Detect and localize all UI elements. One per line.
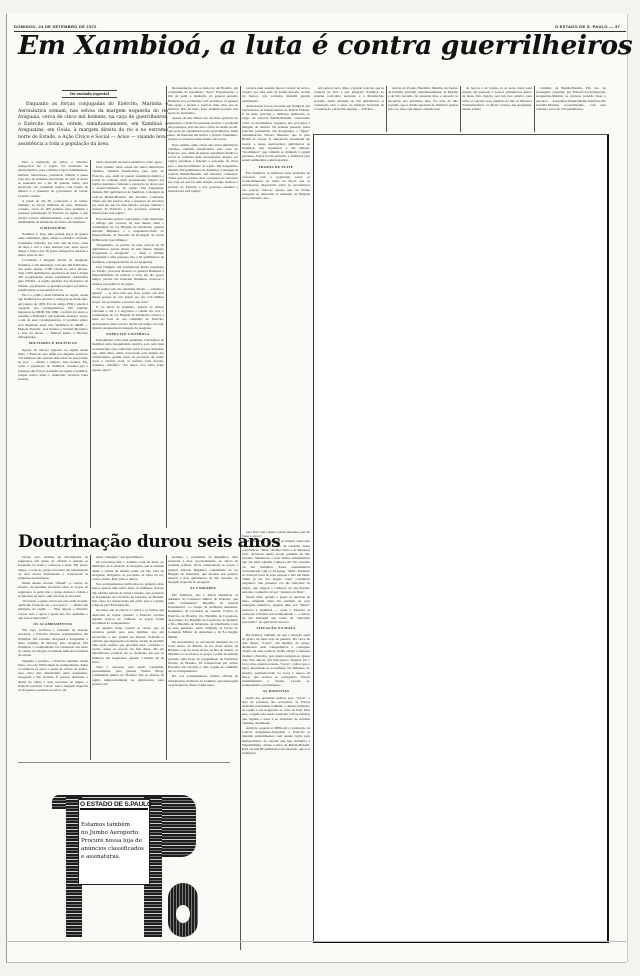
paragraph: Apesar de não influir nas decisões polít… <box>168 116 238 141</box>
blank-advertisement-space <box>313 134 609 943</box>
paragraph: "Engenheiro, eu preciso de uma rodovia d… <box>92 243 164 264</box>
column-divider <box>534 86 535 132</box>
article2-column-3: Goiânia, o presidente da República. Mas … <box>168 555 238 760</box>
paragraph: Além dos aparentes índices para "cercar"… <box>242 696 310 725</box>
paragraph: Desde abril, quando o grupo se internou … <box>242 595 310 624</box>
paragraph: José Olímpio, um profissional muito resp… <box>92 265 164 286</box>
column-divider <box>90 160 91 528</box>
paragraph: Apesar do maciço ingresso na região desd… <box>18 348 88 382</box>
date-line: DOMINGO, 24 DE SETEMBRO DE 1972 <box>14 24 97 29</box>
paragraph: Mas no meio da cidade já tinham observad… <box>242 539 310 594</box>
bottom-rule <box>6 962 626 963</box>
paragraph: Além dessas forças, há ainda em Xambioá … <box>242 104 310 163</box>
column-divider <box>386 86 387 132</box>
top-strip-column-4: caminho da Belém-Brasília. Em vez, de pr… <box>536 86 606 132</box>
paragraph: para bois com a gente e mais pensamos qu… <box>242 530 310 538</box>
paragraph: inicio destruído de tantos benefícios co… <box>92 160 164 164</box>
paragraph: Na mata, são as chuvas e cobras e os bic… <box>92 608 164 625</box>
ad-copy-line: Estamos também <box>81 822 130 828</box>
paragraph: Os terroristas têm o domínio total da ma… <box>92 560 164 581</box>
paragraph: caminho da Belém-Brasília. Em vez, de pr… <box>536 86 606 111</box>
paragraph: Ao mesmo avião, trazem as cartas, que os… <box>92 626 164 664</box>
paragraph: cavalos num enorme buraco cavado na terr… <box>242 86 310 103</box>
column-divider <box>240 86 241 950</box>
paragraph: Xambioá é, hoje, uma grande praça de gue… <box>18 232 88 257</box>
ad-copy-line: no Jumbo Aeroporto. <box>81 830 140 836</box>
subheading-militares: MILITARES E POLÍTICOS <box>18 341 88 345</box>
subheading-as-rodovias: AS RODOVIAS <box>242 689 310 693</box>
paragraph: De Aeronáutica, se encontram unidades da… <box>168 640 238 674</box>
paragraph: "No início, a gente achou que eles eram … <box>18 599 88 620</box>
paragraph: Nos acampamentos verificados no primeiro… <box>92 582 164 607</box>
paragraph: em período seco. Mas, a grande rodovia, … <box>314 86 384 111</box>
column-divider <box>166 555 167 760</box>
advertisement-area: O ESTADO DE S.PAULO Estamos também no Ju… <box>18 762 230 951</box>
subheading-as-unidades: AS UNIDADES <box>168 586 238 590</box>
column-divider <box>166 86 167 528</box>
estado-advertisement: O ESTADO DE S.PAULO Estamos também no Ju… <box>48 791 220 941</box>
article2-column-1: Citado pelo sistema de informações de se… <box>18 555 88 760</box>
paragraph: Recentemente, ele se deslocou até Brasíl… <box>168 86 238 115</box>
subheading-municipio: O MUNICÍPIO <box>18 226 88 230</box>
paragraph: Essa opinião, aliás, existe em outros mu… <box>92 165 164 215</box>
paragraph: de barcos e de balsas, já se pode viajar… <box>462 86 532 111</box>
article1-column-1: Para a realização da Aciso, o Exército t… <box>18 160 88 528</box>
subheading-tropas-de-elite: TROPAS DE ELITE <box>242 165 310 169</box>
paragraph: Localizada à margem direita do Araguaia,… <box>18 258 88 292</box>
article2-column-4: para bois com a gente e mais pensamos qu… <box>242 530 310 950</box>
top-strip-column-2: através do Projeto Fundiário Marabá. As … <box>388 86 458 132</box>
top-strip-column-1: em período seco. Mas, a grande rodovia, … <box>314 86 384 132</box>
ad-copy-line: Procure nossa loja de <box>81 838 142 844</box>
paragraph: Inicialmente como uma permissão à Prefei… <box>92 338 164 372</box>
second-headline: Doutrinação durou seis anos <box>18 532 238 552</box>
paragraph: Para a realização da Aciso, o Exército t… <box>18 160 88 198</box>
article1-column-3: Recentemente, ele se deslocou até Brasíl… <box>168 86 238 528</box>
paragraph: Numa dessas, morreu "Daniel", e, outros,… <box>18 581 88 598</box>
paragraph: Além do esquete ao DER-GO a construção d… <box>242 726 310 755</box>
paragraph: Em Xambioá, os militares estão proibidos… <box>242 171 310 200</box>
column-divider <box>90 555 91 760</box>
lede-paragraph: Enquanto as forças conjugadas do Exércit… <box>18 102 168 148</box>
article2-column-2: então "santuário" dos guerrilheiros. Os … <box>92 555 164 760</box>
paragraph: "O senhor não me entendeu direito — insi… <box>92 287 164 304</box>
article1-column-4: cavalos num enorme buraco cavado na terr… <box>242 86 310 526</box>
paragraph: Há indícios, também, de que a situação a… <box>242 633 310 688</box>
top-strip-column-3: de barcos e de balsas, já se pode viajar… <box>462 86 532 132</box>
article1-column-2: inicio destruído de tantos benefícios co… <box>92 160 164 528</box>
ad-copy-line: e assinaturas. <box>81 854 120 860</box>
ad-copy: Estamos também no Jumbo Aeroporto. Procu… <box>79 811 149 861</box>
main-headline: Em Xambioá, a luta é contra guerrilheiro… <box>18 30 618 61</box>
paragraph: Em Xambioá, não é difícil identificar as… <box>168 593 238 639</box>
paragraph: Esse mesmo político reproduziu, como ilu… <box>92 217 164 242</box>
subheading-acampamentos: OS ACAMPAMENTOS <box>18 622 88 626</box>
ad-panel: O ESTADO DE S.PAULO Estamos também no Ju… <box>78 799 150 885</box>
paragraph: Toda a operação está sendo conduzida, pe… <box>92 665 164 686</box>
subheading-situacao-na-mata: SITUAÇÃO NA MATA <box>242 626 310 630</box>
paragraph: através do Projeto Fundiário Marabá. As … <box>388 86 458 111</box>
paragraph: Citado pelo sistema de informações de se… <box>18 555 88 580</box>
paragraph: A partir do dia 30, começarão a se retir… <box>18 199 88 224</box>
paragraph: Segundo o prefeito, o Exército mantém, d… <box>18 659 88 693</box>
newsprint-curl-graphic <box>162 795 196 857</box>
ad-copy-line: anúncios classificados <box>81 846 144 852</box>
paragraph: Goiânia, o presidente da República. Mas … <box>168 555 238 584</box>
paragraph: então "santuário" dos guerrilheiros. <box>92 555 164 559</box>
bottom-rule <box>6 941 626 942</box>
paragraph: Tão logo verificou a extensão da atuação… <box>18 628 88 657</box>
paragraph: Ele é o político mais influente da regiã… <box>18 293 88 339</box>
column-divider <box>460 86 461 132</box>
ad-masthead: O ESTADO DE S.PAULO <box>80 801 148 810</box>
paper-page-line: O ESTADO DE S. PAULO — 37 <box>555 24 620 29</box>
byline: Do enviado especial <box>62 90 117 98</box>
paragraph: E, no início de setembro, quando as chuv… <box>92 305 164 330</box>
subheading-exercito-controla: EXÉRCITO CONTROLA <box>92 332 164 336</box>
paragraph: Há, nos acampamentos, muitos oficiais de… <box>168 674 238 687</box>
newsprint-loop-graphic <box>168 883 198 937</box>
paragraph: Essa opinião, aliás, existe em outros mu… <box>168 143 238 193</box>
